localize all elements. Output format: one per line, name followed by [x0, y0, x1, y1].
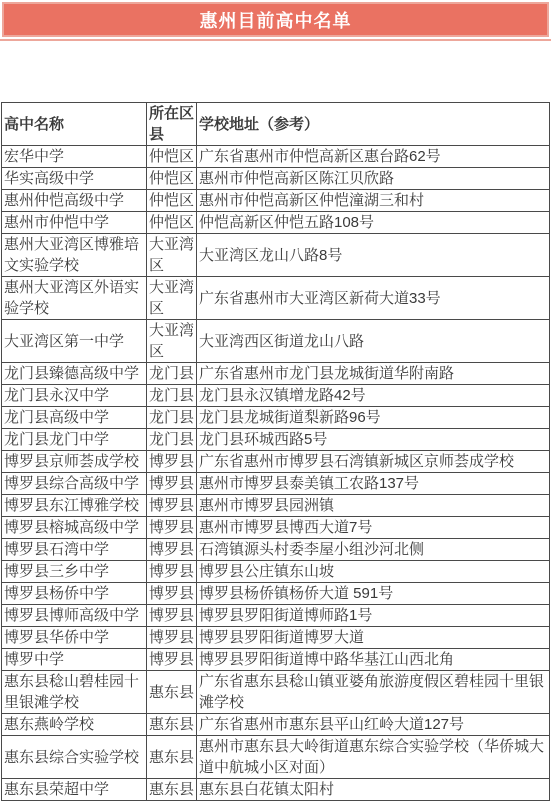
table-row: 龙门县高级中学 龙门县 龙门县龙城街道梨新路96号 — [2, 407, 550, 429]
address-cell: 广东省惠州市大亚湾区新荷大道33号 — [197, 277, 550, 320]
district-cell: 龙门县 — [147, 363, 197, 385]
table-row: 大亚湾区第一中学 大亚湾区 大亚湾西区街道龙山八路 — [2, 320, 550, 363]
district-cell: 惠东县 — [147, 714, 197, 736]
table-row: 龙门县龙门中学 龙门县 龙门县环城西路5号 — [2, 429, 550, 451]
table-row: 博罗县综合高级中学 博罗县 惠州市博罗县泰美镇工农路137号 — [2, 473, 550, 495]
school-name-cell: 龙门县永汉中学 — [2, 385, 147, 407]
address-cell: 博罗县罗阳街道博罗大道 — [197, 627, 550, 649]
school-name-cell: 龙门县高级中学 — [2, 407, 147, 429]
district-cell: 博罗县 — [147, 561, 197, 583]
school-name-cell: 博罗县综合高级中学 — [2, 473, 147, 495]
address-cell: 广东省惠州市惠东县平山红岭大道127号 — [197, 714, 550, 736]
table-row: 博罗县三乡中学 博罗县 博罗县公庄镇东山坡 — [2, 561, 550, 583]
table-row: 博罗县榕城高级中学 博罗县 惠州市博罗县博西大道7号 — [2, 517, 550, 539]
column-header-school-name: 高中名称 — [2, 103, 147, 146]
district-cell: 龙门县 — [147, 385, 197, 407]
table-row: 惠东县综合实验学校 惠东县 惠州市惠东县大岭街道惠东综合实验学校（华侨城大道中航… — [2, 736, 550, 779]
school-name-cell: 博罗县东江博雅学校 — [2, 495, 147, 517]
district-cell: 大亚湾区 — [147, 320, 197, 363]
school-name-cell: 惠州市仲恺中学 — [2, 212, 147, 234]
page-title: 惠州目前高中名单 — [200, 7, 352, 33]
school-name-cell: 惠州大亚湾区外语实验学校 — [2, 277, 147, 320]
school-name-cell: 博罗县博师高级中学 — [2, 605, 147, 627]
district-cell: 大亚湾区 — [147, 277, 197, 320]
address-cell: 广东省惠州市博罗县石湾镇新城区京师荟成学校 — [197, 451, 550, 473]
district-cell: 博罗县 — [147, 473, 197, 495]
district-cell: 博罗县 — [147, 451, 197, 473]
district-cell: 仲恺区 — [147, 212, 197, 234]
school-name-cell: 惠州仲恺高级中学 — [2, 190, 147, 212]
school-name-cell: 宏华中学 — [2, 146, 147, 168]
address-cell: 惠州市博罗县博西大道7号 — [197, 517, 550, 539]
table-row: 惠州大亚湾区外语实验学校 大亚湾区 广东省惠州市大亚湾区新荷大道33号 — [2, 277, 550, 320]
address-cell: 龙门县龙城街道梨新路96号 — [197, 407, 550, 429]
district-cell: 龙门县 — [147, 429, 197, 451]
school-name-cell: 惠州大亚湾区博雅培文实验学校 — [2, 234, 147, 277]
table-row: 博罗县博师高级中学 博罗县 博罗县罗阳街道博师路1号 — [2, 605, 550, 627]
table-body: 宏华中学 仲恺区 广东省惠州市仲恺高新区惠台路62号 华实高级中学 仲恺区 惠州… — [2, 146, 550, 801]
banner-underline — [0, 39, 551, 41]
school-name-cell: 惠东燕岭学校 — [2, 714, 147, 736]
school-name-cell: 博罗县榕城高级中学 — [2, 517, 147, 539]
table-row: 博罗县杨侨中学 博罗县 博罗县杨侨镇杨侨大道 591号 — [2, 583, 550, 605]
district-cell: 博罗县 — [147, 627, 197, 649]
address-cell: 龙门县永汉镇增龙路42号 — [197, 385, 550, 407]
school-name-cell: 博罗县三乡中学 — [2, 561, 147, 583]
address-cell: 大亚湾区龙山八路8号 — [197, 234, 550, 277]
table-row: 博罗中学 博罗县 博罗县罗阳街道博中路华基江山西北角 — [2, 649, 550, 671]
district-cell: 博罗县 — [147, 539, 197, 561]
school-name-cell: 博罗县京师荟成学校 — [2, 451, 147, 473]
address-cell: 博罗县罗阳街道博中路华基江山西北角 — [197, 649, 550, 671]
address-cell: 石湾镇源头村委李屋小组沙河北侧 — [197, 539, 550, 561]
district-cell: 惠东县 — [147, 779, 197, 801]
table-row: 博罗县东江博雅学校 博罗县 惠州市博罗县园洲镇 — [2, 495, 550, 517]
table-row: 博罗县华侨中学 博罗县 博罗县罗阳街道博罗大道 — [2, 627, 550, 649]
district-cell: 惠东县 — [147, 736, 197, 779]
district-cell: 惠东县 — [147, 671, 197, 714]
school-name-cell: 博罗县石湾中学 — [2, 539, 147, 561]
schools-table: 高中名称 所在区县 学校地址（参考） 宏华中学 仲恺区 广东省惠州市仲恺高新区惠… — [1, 102, 550, 801]
school-name-cell: 博罗县杨侨中学 — [2, 583, 147, 605]
school-name-cell: 华实高级中学 — [2, 168, 147, 190]
table-row: 惠州仲恺高级中学 仲恺区 惠州市仲恺高新区仲恺潼湖三和村 — [2, 190, 550, 212]
school-name-cell: 大亚湾区第一中学 — [2, 320, 147, 363]
school-name-cell: 惠东县荣超中学 — [2, 779, 147, 801]
address-cell: 惠东县白花镇太阳村 — [197, 779, 550, 801]
district-cell: 仲恺区 — [147, 168, 197, 190]
district-cell: 博罗县 — [147, 605, 197, 627]
table-row: 惠东县荣超中学 惠东县 惠东县白花镇太阳村 — [2, 779, 550, 801]
table-row: 惠州大亚湾区博雅培文实验学校 大亚湾区 大亚湾区龙山八路8号 — [2, 234, 550, 277]
column-header-address: 学校地址（参考） — [197, 103, 550, 146]
table-header: 高中名称 所在区县 学校地址（参考） — [2, 103, 550, 146]
address-cell: 大亚湾西区街道龙山八路 — [197, 320, 550, 363]
district-cell: 博罗县 — [147, 649, 197, 671]
page-title-banner: 惠州目前高中名单 — [2, 2, 549, 37]
address-cell: 博罗县公庄镇东山坡 — [197, 561, 550, 583]
address-cell: 广东省惠州市仲恺高新区惠台路62号 — [197, 146, 550, 168]
school-name-cell: 惠东县综合实验学校 — [2, 736, 147, 779]
address-cell: 博罗县罗阳街道博师路1号 — [197, 605, 550, 627]
column-header-district: 所在区县 — [147, 103, 197, 146]
header-row: 高中名称 所在区县 学校地址（参考） — [2, 103, 550, 146]
district-cell: 博罗县 — [147, 495, 197, 517]
table-row: 惠州市仲恺中学 仲恺区 仲恺高新区仲恺五路108号 — [2, 212, 550, 234]
school-name-cell: 惠东县稔山碧桂园十里银滩学校 — [2, 671, 147, 714]
address-cell: 博罗县杨侨镇杨侨大道 591号 — [197, 583, 550, 605]
table-row: 惠东燕岭学校 惠东县 广东省惠州市惠东县平山红岭大道127号 — [2, 714, 550, 736]
district-cell: 仲恺区 — [147, 190, 197, 212]
address-cell: 惠州市仲恺高新区仲恺潼湖三和村 — [197, 190, 550, 212]
school-name-cell: 龙门县臻德高级中学 — [2, 363, 147, 385]
school-name-cell: 龙门县龙门中学 — [2, 429, 147, 451]
address-cell: 仲恺高新区仲恺五路108号 — [197, 212, 550, 234]
address-cell: 惠州市仲恺高新区陈江贝欣路 — [197, 168, 550, 190]
address-cell: 广东省惠东县稔山镇亚婆角旅游度假区碧桂园十里银滩学校 — [197, 671, 550, 714]
address-cell: 惠州市博罗县泰美镇工农路137号 — [197, 473, 550, 495]
table-row: 博罗县石湾中学 博罗县 石湾镇源头村委李屋小组沙河北侧 — [2, 539, 550, 561]
school-name-cell: 博罗县华侨中学 — [2, 627, 147, 649]
school-name-cell: 博罗中学 — [2, 649, 147, 671]
table-row: 龙门县臻德高级中学 龙门县 广东省惠州市龙门县龙城街道华附南路 — [2, 363, 550, 385]
address-cell: 惠州市博罗县园洲镇 — [197, 495, 550, 517]
banner-container: 惠州目前高中名单 — [0, 0, 551, 37]
district-cell: 博罗县 — [147, 583, 197, 605]
address-cell: 惠州市惠东县大岭街道惠东综合实验学校（华侨城大道中航城小区对面） — [197, 736, 550, 779]
district-cell: 博罗县 — [147, 517, 197, 539]
table-row: 华实高级中学 仲恺区 惠州市仲恺高新区陈江贝欣路 — [2, 168, 550, 190]
address-cell: 龙门县环城西路5号 — [197, 429, 550, 451]
table-row: 宏华中学 仲恺区 广东省惠州市仲恺高新区惠台路62号 — [2, 146, 550, 168]
table-row: 龙门县永汉中学 龙门县 龙门县永汉镇增龙路42号 — [2, 385, 550, 407]
address-cell: 广东省惠州市龙门县龙城街道华附南路 — [197, 363, 550, 385]
district-cell: 大亚湾区 — [147, 234, 197, 277]
table-row: 惠东县稔山碧桂园十里银滩学校 惠东县 广东省惠东县稔山镇亚婆角旅游度假区碧桂园十… — [2, 671, 550, 714]
district-cell: 龙门县 — [147, 407, 197, 429]
district-cell: 仲恺区 — [147, 146, 197, 168]
table-row: 博罗县京师荟成学校 博罗县 广东省惠州市博罗县石湾镇新城区京师荟成学校 — [2, 451, 550, 473]
